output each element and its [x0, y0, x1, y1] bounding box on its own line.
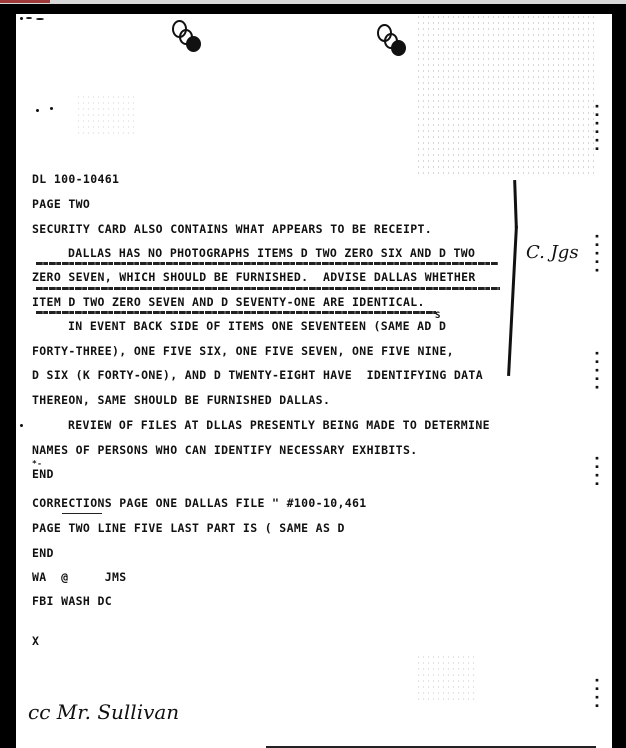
body-line-2: DALLAS HAS NO PHOTOGRAPHS ITEMS D TWO ZE…: [32, 246, 475, 260]
scan-noise: [76, 94, 136, 134]
end-marker-2: END: [32, 546, 54, 560]
edge-stamp: ▪▪▪▪▪: [593, 349, 601, 392]
scan-noise: [416, 654, 476, 704]
body-line-4: ITEM D TWO ZERO SEVEN AND D SEVENTY-ONE …: [32, 295, 425, 309]
body-line-9: REVIEW OF FILES AT DLLAS PRESENTLY BEING…: [32, 418, 490, 432]
edge-stamp: ▪▪▪▪: [593, 676, 601, 710]
underline-mark: [36, 311, 436, 314]
file-number: DL 100-10461: [32, 172, 119, 186]
scan-speck: [26, 17, 32, 19]
viewer-active-tab-indicator[interactable]: [0, 0, 50, 3]
body-line-8: THEREON, SAME SHOULD BE FURNISHED DALLAS…: [32, 393, 330, 407]
body-line-5: IN EVENT BACK SIDE OF ITEMS ONE SEVENTEE…: [32, 319, 446, 333]
margin-bracket: [513, 180, 518, 228]
body-line-7: D SIX (K FORTY-ONE), AND D TWENTY-EIGHT …: [32, 368, 483, 382]
body-line-6: FORTY-THREE), ONE FIVE SIX, ONE FIVE SEV…: [32, 344, 454, 358]
x-mark: X: [32, 634, 39, 648]
scan-speck: [36, 18, 44, 20]
scan-speck: [20, 17, 23, 20]
handwritten-initials: C. Jgs: [526, 242, 579, 263]
viewer-top-bar: [0, 0, 626, 4]
scan-speck: [50, 107, 53, 110]
page-label: PAGE TWO: [32, 197, 90, 211]
document-page: DL 100-10461 PAGE TWO SECURITY CARD ALSO…: [16, 14, 612, 748]
underline-mark: [36, 262, 498, 265]
binder-hole-marks-right: [373, 24, 413, 58]
body-line-3: ZERO SEVEN, WHICH SHOULD BE FURNISHED. A…: [32, 270, 476, 284]
edge-stamp: ▪▪▪▪▪▪: [593, 102, 601, 153]
scan-noise: [416, 14, 596, 174]
handwritten-cc: cc Mr. Sullivan: [28, 700, 179, 724]
margin-bracket: [507, 226, 518, 376]
corrections-detail: PAGE TWO LINE FIVE LAST PART IS ( SAME A…: [32, 521, 345, 535]
scan-speck: [20, 424, 23, 427]
origin-line: FBI WASH DC: [32, 594, 112, 608]
handwritten-correction: S: [435, 309, 441, 323]
body-line-1: SECURITY CARD ALSO CONTAINS WHAT APPEARS…: [32, 222, 432, 236]
underline-mark: [62, 513, 102, 514]
body-line-10: NAMES OF PERSONS WHO CAN IDENTIFY NECESS…: [32, 443, 418, 457]
corrections-line: CORRECTIONS PAGE ONE DALLAS FILE " #100-…: [32, 496, 367, 510]
edge-stamp: ▪▪▪▪▪: [593, 232, 601, 275]
binder-hole-marks-left: [168, 20, 208, 54]
underline-mark: [36, 287, 500, 290]
scan-speck: [36, 109, 39, 112]
end-marker-1: END: [32, 467, 54, 481]
edge-stamp: ▪▪▪▪: [593, 454, 601, 488]
routing-line: WA @ JMS: [32, 570, 127, 584]
